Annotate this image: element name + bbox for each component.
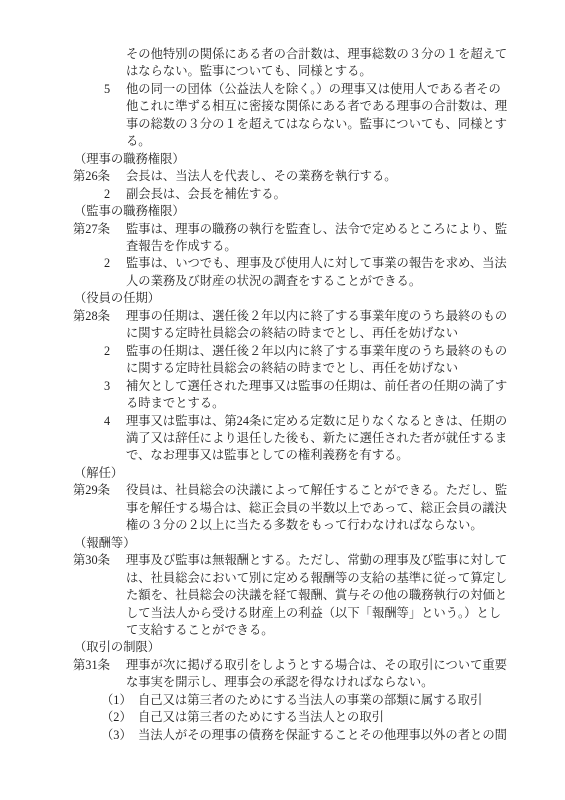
sub-item-text: 補欠として選任された理事又は監事の任期は、前任者の任期の満了する時までとする。 bbox=[126, 378, 511, 413]
article-text: 理事の任期は、選任後２年以内に終了する事業年度のうち最終のものに関する定時社員総… bbox=[126, 308, 511, 343]
article-number: 第29条 bbox=[73, 482, 126, 499]
item-text: 当法人がその理事の債務を保証することその他理事以外の者との間 bbox=[138, 727, 511, 744]
article-text: 理事及び監事は無報酬とする。ただし、常勤の理事及び監事に対しては、社員総会におい… bbox=[126, 552, 511, 639]
list-item-block: （1）自己又は第三者のためにする当法人の事業の部類に属する取引 bbox=[73, 692, 511, 709]
section-heading: （役員の任期） bbox=[73, 290, 511, 307]
sub-item-block: 2副会長は、会長を補佐する。 bbox=[73, 186, 511, 203]
sub-item-number: 2 bbox=[73, 255, 126, 272]
item-number: （2） bbox=[73, 709, 138, 726]
section-heading: （取引の制限） bbox=[73, 639, 511, 656]
item-number: （1） bbox=[73, 692, 138, 709]
section-heading-text: （役員の任期） bbox=[74, 290, 160, 307]
sub-item-text: 理事又は監事は、第24条に定める定数に足りなくなるときは、任期の満了又は辞任によ… bbox=[126, 413, 511, 465]
sub-item-text: 他の同一の団体（公益法人を除く。）の理事又は使用人である者その他これに準ずる相互… bbox=[126, 81, 511, 151]
list-item-block: （3）当法人がその理事の債務を保証することその他理事以外の者との間 bbox=[73, 727, 511, 744]
article-block: 第27条監事は、理事の職務の執行を監査し、法令で定めるところにより、監査報告を作… bbox=[73, 221, 511, 256]
item-number: （3） bbox=[73, 727, 138, 744]
article-block: 第31条理事が次に掲げる取引をしようとする場合は、その取引について重要な事実を開… bbox=[73, 657, 511, 692]
section-heading: （理事の職務権限） bbox=[73, 151, 511, 168]
continuation-text: その他特別の関係にある者の合計数は、理事総数の３分の１を超えてはならない。監事に… bbox=[126, 46, 511, 81]
item-text: 自己又は第三者のためにする当法人との取引 bbox=[138, 709, 511, 726]
sub-item-block: 2監事の任期は、選任後２年以内に終了する事業年度のうち最終のものに関する定時社員… bbox=[73, 343, 511, 378]
sub-item-block: 5他の同一の団体（公益法人を除く。）の理事又は使用人である者その他これに準ずる相… bbox=[73, 81, 511, 151]
sub-item-number: 2 bbox=[73, 343, 126, 360]
article-number: 第27条 bbox=[73, 221, 126, 238]
article-block: 第29条役員は、社員総会の決議によって解任することができる。ただし、監事を解任す… bbox=[73, 482, 511, 534]
article-text: 役員は、社員総会の決議によって解任することができる。ただし、監事を解任する場合は… bbox=[126, 482, 511, 534]
section-heading-text: （監事の職務権限） bbox=[74, 203, 185, 220]
section-heading-text: （報酬等） bbox=[74, 535, 136, 552]
sub-item-text: 監事は、いつでも、理事及び使用人に対して事業の報告を求め、当法人の業務及び財産の… bbox=[126, 255, 511, 290]
article-number: 第30条 bbox=[73, 552, 126, 569]
sub-item-text: 監事の任期は、選任後２年以内に終了する事業年度のうち最終のものに関する定時社員総… bbox=[126, 343, 511, 378]
list-item-block: （2）自己又は第三者のためにする当法人との取引 bbox=[73, 709, 511, 726]
article-text: 理事が次に掲げる取引をしようとする場合は、その取引について重要な事実を開示し、理… bbox=[126, 657, 511, 692]
document-body: その他特別の関係にある者の合計数は、理事総数の３分の１を超えてはならない。監事に… bbox=[73, 46, 511, 744]
article-text: 監事は、理事の職務の執行を監査し、法令で定めるところにより、監査報告を作成する。 bbox=[126, 221, 511, 256]
section-heading-text: （解任） bbox=[74, 465, 123, 482]
article-block: 第26条会長は、当法人を代表し、その業務を執行する。 bbox=[73, 168, 511, 185]
article-block: 第28条理事の任期は、選任後２年以内に終了する事業年度のうち最終のものに関する定… bbox=[73, 308, 511, 343]
sub-item-number: 3 bbox=[73, 378, 126, 395]
section-heading-text: （理事の職務権限） bbox=[74, 151, 185, 168]
continuation-block: その他特別の関係にある者の合計数は、理事総数の３分の１を超えてはならない。監事に… bbox=[73, 46, 511, 81]
document-page: その他特別の関係にある者の合計数は、理事総数の３分の１を超えてはならない。監事に… bbox=[0, 0, 565, 800]
article-number: 第31条 bbox=[73, 657, 126, 674]
article-number: 第28条 bbox=[73, 308, 126, 325]
article-text: 会長は、当法人を代表し、その業務を執行する。 bbox=[126, 168, 511, 185]
sub-item-number: 4 bbox=[73, 413, 126, 430]
sub-item-number: 5 bbox=[73, 81, 126, 98]
article-number: 第26条 bbox=[73, 168, 126, 185]
sub-item-block: 2監事は、いつでも、理事及び使用人に対して事業の報告を求め、当法人の業務及び財産… bbox=[73, 255, 511, 290]
item-text: 自己又は第三者のためにする当法人の事業の部類に属する取引 bbox=[138, 692, 511, 709]
article-block: 第30条理事及び監事は無報酬とする。ただし、常勤の理事及び監事に対しては、社員総… bbox=[73, 552, 511, 639]
section-heading-text: （取引の制限） bbox=[74, 639, 160, 656]
section-heading: （解任） bbox=[73, 465, 511, 482]
sub-item-block: 4理事又は監事は、第24条に定める定数に足りなくなるときは、任期の満了又は辞任に… bbox=[73, 413, 511, 465]
sub-item-number: 2 bbox=[73, 186, 126, 203]
sub-item-text: 副会長は、会長を補佐する。 bbox=[126, 186, 511, 203]
section-heading: （監事の職務権限） bbox=[73, 203, 511, 220]
section-heading: （報酬等） bbox=[73, 535, 511, 552]
sub-item-block: 3補欠として選任された理事又は監事の任期は、前任者の任期の満了する時までとする。 bbox=[73, 378, 511, 413]
